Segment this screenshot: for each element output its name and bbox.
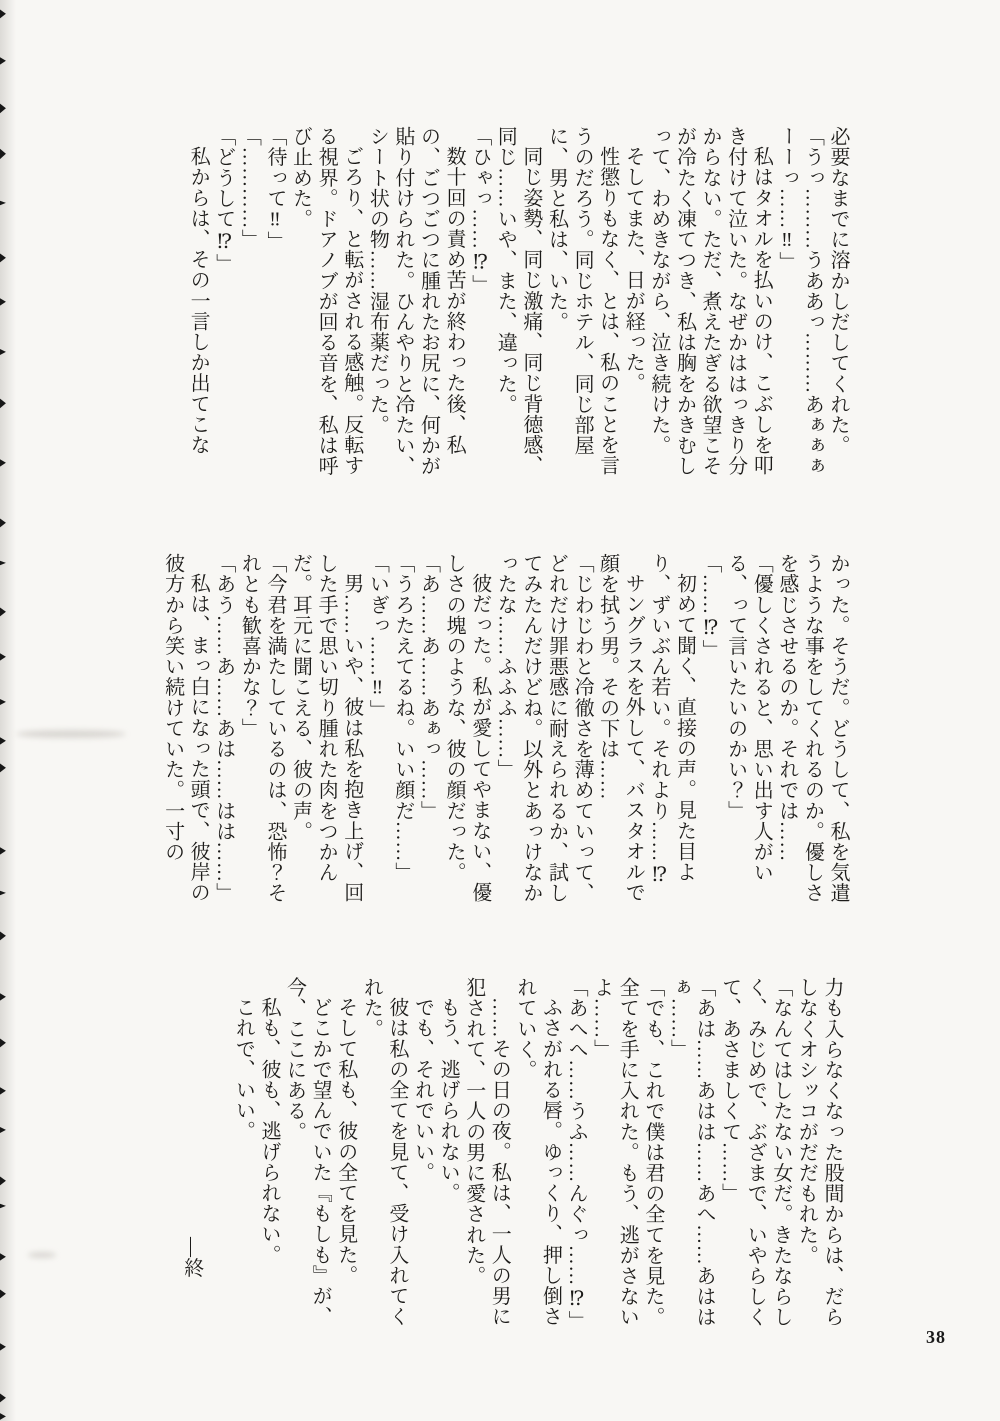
- scan-edge-mark: [0, 517, 7, 529]
- scanned-book-page: 必要なまでに溶かしだしてくれた。「うっ………うああっ………あぁぁぁーーっ……‼」…: [0, 0, 1000, 1421]
- scan-edge-mark: [0, 200, 7, 206]
- paragraph: 初めて聞く、直接の声。見た目より、ずいぶん若い。それより……⁉: [645, 553, 696, 907]
- scan-edge-mark: [0, 348, 7, 356]
- scan-smudge: [16, 730, 126, 738]
- paragraph: 力も入らなくなった股間からは、だらしなくオシッコがだだもれた。: [793, 977, 844, 1331]
- scan-edge-mark: [0, 1037, 7, 1049]
- paragraph: 彼は私の全てを見て、受け入れてくれた。: [358, 977, 409, 1331]
- paragraph: 「あう……あ……あは……はは……」: [210, 553, 236, 907]
- text-band-middle: かった。そうだ。どうして、私を気遣うような事をしてくれるのか。優しさを感じさせる…: [159, 553, 850, 907]
- scan-smudge: [28, 1252, 56, 1258]
- paragraph: どこかで望んでいた『もしも』が、今、ここにある。: [281, 977, 332, 1331]
- scan-edge-mark: [0, 56, 7, 66]
- scan-edge-mark: [0, 1175, 7, 1187]
- paragraph: 「でも、これで僕は君の全てを見た。全てを手に入れた。もう、逃がさないよ……」: [588, 977, 665, 1331]
- paragraph: 数十回の責め苦が終わった後、私の、ごつごつに腫れたお尻に、何かが貼り付けられた。…: [364, 126, 466, 480]
- scan-edge-mark: [0, 102, 7, 115]
- paragraph: 私も、彼も、逃げられない。: [255, 977, 281, 1331]
- scan-edge-mark: [0, 458, 7, 468]
- scan-edge-mark: [0, 252, 7, 264]
- scan-edge-mark: [0, 762, 7, 774]
- scan-edge-mark: [0, 147, 7, 161]
- paragraph: 男……いや、彼は私を抱き上げ、回した手で思い切り腫れた肉をつかんだ。耳元に聞こえ…: [287, 553, 364, 907]
- paragraph: 私はタオルを払いのけ、こぶしを叩き付けて泣いた。なぜかははっきり分からない。ただ…: [645, 126, 773, 480]
- end-mark: ―終: [178, 977, 204, 1331]
- paragraph: 「あへへ……うふ……んぐっ……⁉」: [562, 977, 588, 1331]
- paragraph: これで、いい。: [230, 977, 256, 1331]
- scan-edge-mark: [0, 1086, 7, 1096]
- paragraph: サングラスを外して、バスタオルで顔を拭う男。その下は……: [594, 553, 645, 907]
- paragraph: そして私も、彼の全てを見た。: [332, 977, 358, 1331]
- scan-edge-mark: [0, 1288, 7, 1300]
- paragraph: 性懲りもなく、とは、私のことを言うのだろう。同じホテル、同じ部屋に、男と私は、い…: [543, 126, 620, 480]
- scan-edge-mark: [0, 1252, 7, 1262]
- scan-edge-mark: [0, 297, 7, 307]
- paragraph: 「ひゃっ……⁉」: [466, 126, 492, 480]
- scan-edge-mark: [0, 698, 7, 706]
- paragraph: 必要なまでに溶かしだしてくれた。: [824, 126, 850, 480]
- scan-edge-mark: [0, 652, 7, 662]
- paragraph: ごろり、と転がされる感触。反転する視界。ドアノブが回る音を、私は呼び止めた。: [287, 126, 364, 480]
- text-band-bottom: 力も入らなくなった股間からは、だらしなくオシッコがだだもれた。「なんてはしたない…: [178, 977, 844, 1331]
- scan-edge-mark: [0, 736, 7, 746]
- scan-edge-mark: [0, 890, 7, 896]
- paragraph: 「あは……あはは……あへ……あははぁ……」: [665, 977, 716, 1331]
- scan-edge-mark: [0, 1342, 7, 1352]
- paragraph: 「…………」: [236, 126, 262, 480]
- scan-binding-edge: [0, 0, 20, 1421]
- scan-edge-mark: [0, 1203, 7, 1209]
- scan-edge-mark: [0, 606, 7, 618]
- paragraph: 「じわじわと冷徹さを薄めていって、どれだけ罪悪感に耐えられるか、試してみたんだけ…: [492, 553, 594, 907]
- paragraph: 「うろたえてるね。いい顔だ……」: [389, 553, 415, 907]
- scan-edge-mark: [0, 1392, 7, 1404]
- paragraph: 「優しくされると、思い出す人がいる、って言いたいのかい？」: [722, 553, 773, 907]
- scan-edge-mark: [0, 846, 7, 856]
- scan-edge-mark: [0, 930, 7, 942]
- scan-edge-mark: [0, 1412, 7, 1421]
- paragraph: 「待って‼」: [261, 126, 287, 480]
- paragraph: 「なんてはしたない女だ。きたならしく、みじめで、ぶざまで、いやらしくて、あさまし…: [716, 977, 793, 1331]
- page-number: 38: [926, 1327, 946, 1348]
- paragraph: でも、それでいい。: [409, 977, 435, 1331]
- paragraph: 「うっ………うああっ………あぁぁぁーーっ……‼」: [773, 126, 824, 480]
- paragraph: 彼だった。私が愛してやまない、優しさの塊のような、彼の顔だった。: [441, 553, 492, 907]
- paragraph: 私からは、その一言しか出てこな: [185, 126, 211, 480]
- paragraph: 「……⁉」: [696, 553, 722, 907]
- paragraph: 「どうして⁉」: [210, 126, 236, 480]
- paragraph: 「今君を満たしているのは、恐怖？それとも歓喜かな？」: [236, 553, 287, 907]
- scan-edge-mark: [0, 1126, 7, 1134]
- paragraph: もう、逃げられない。: [435, 977, 461, 1331]
- paragraph: かった。そうだ。どうして、私を気遣うような事をしてくれるのか。優しさを感じさせる…: [773, 553, 850, 907]
- paragraph: 「あ……あ……あぁっ……」: [415, 553, 441, 907]
- paragraph: そしてまた、日が経った。: [620, 126, 646, 480]
- text-band-top: 必要なまでに溶かしだしてくれた。「うっ………うああっ………あぁぁぁーーっ……‼」…: [185, 126, 850, 480]
- paragraph: ……その日の夜。私は、一人の男に犯されて、一人の男に愛された。: [460, 977, 511, 1331]
- scan-edge-mark: [0, 8, 7, 20]
- paragraph: 同じ姿勢、同じ激痛、同じ背徳感、同じ……いや、また、違った。: [492, 126, 543, 480]
- paragraph: 私は、まっ白になった頭で、彼岸の彼方から笑い続けていた。一寸の: [159, 553, 210, 907]
- scan-edge-mark: [0, 992, 7, 1002]
- scan-edge-mark: [0, 397, 7, 410]
- paragraph: 「いぎっ……‼」: [364, 553, 390, 907]
- scan-edge-mark: [0, 560, 7, 566]
- paragraph: ふさがれる唇。ゆっくり、押し倒されていく。: [511, 977, 562, 1331]
